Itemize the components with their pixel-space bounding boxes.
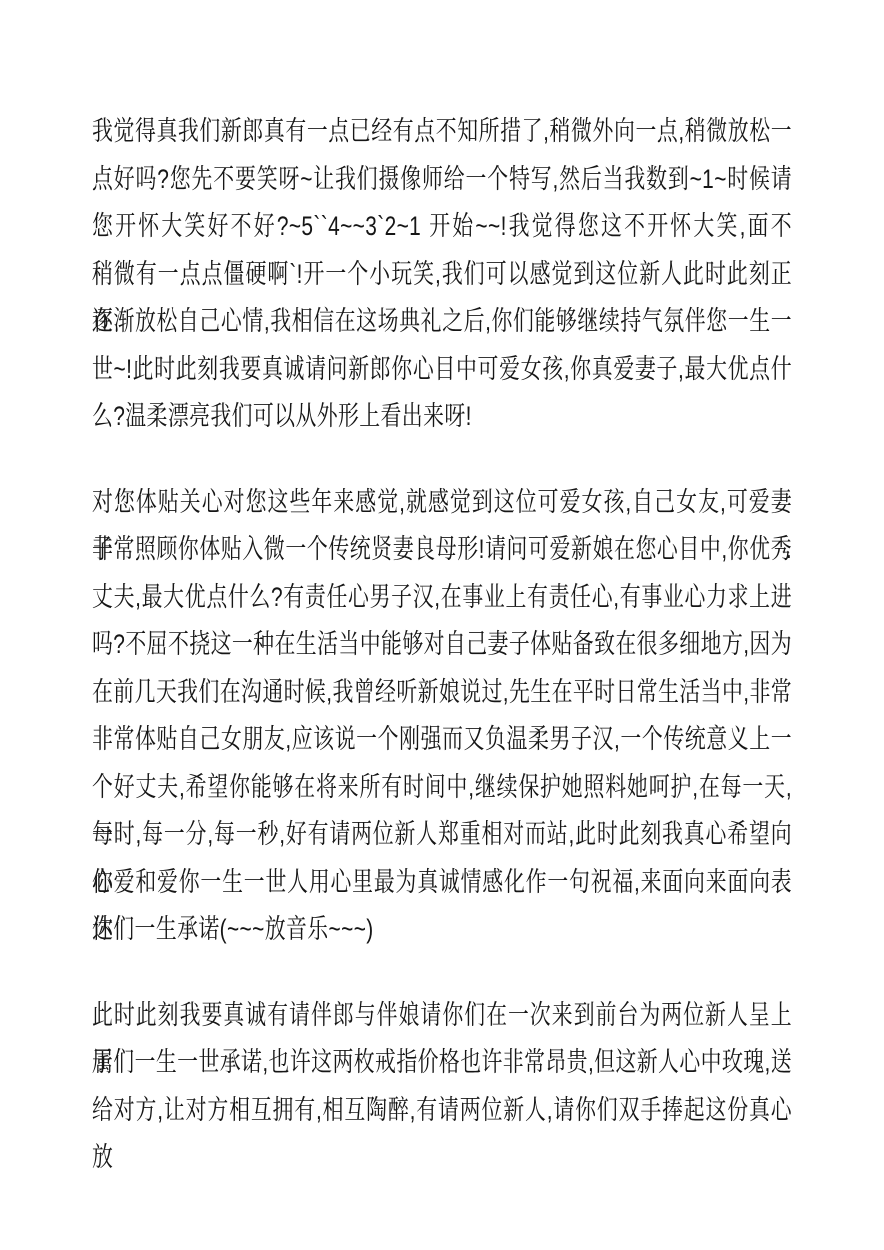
text-line: 给对方,让对方相互拥有,相互陶醉,有请两位新人,请你们双手捧起这份真心放: [92, 1087, 792, 1135]
text-line: 吗?不屈不挠这一种在生活当中能够对自己妻子体贴备致在很多细地方,因为: [92, 621, 792, 669]
text-line: 稍微有一点点僵硬啊`!开一个小玩笑,我们可以感觉到这位新人此时此刻正在: [92, 251, 792, 299]
text-line: 点好吗?您先不要笑呀~让我们摄像师给一个特写,然后当我数到~1~时候请: [92, 156, 792, 204]
text-line: 我觉得真我们新郎真有一点已经有点不知所措了,稍微外向一点,稍微放松一: [92, 108, 792, 156]
document-page: 我觉得真我们新郎真有一点已经有点不知所措了,稍微外向一点,稍微放松一点好吗?您先…: [0, 0, 884, 1250]
text-line: 非常体贴自己女朋友,应该说一个刚强而又负温柔男子汉,一个传统意义上一: [92, 716, 792, 764]
text-line: 你们一生承诺(~~~放音乐~~~): [92, 906, 792, 954]
text-line: 对您体贴关心对您这些年来感觉,就感觉到这位可爱女孩,自己女友,可爱妻子.: [92, 479, 792, 527]
paragraph: 我觉得真我们新郎真有一点已经有点不知所措了,稍微外向一点,稍微放松一点好吗?您先…: [92, 108, 792, 441]
text-line: 心爱和爱你一生一世人用心里最为真诚情感化作一句祝福,来面向来面向表达: [92, 859, 792, 907]
paragraph: 此时此刻我要真诚有请伴郎与伴娘请你们在一次来到前台为两位新人呈上属于们一生一世承…: [92, 992, 792, 1135]
text-line: 您开怀大笑好不好?~5``4~~3`2~1 开始~~!我觉得您这不开怀大笑,面不: [92, 203, 792, 251]
text-line: 此时此刻我要真诚有请伴郎与伴娘请你们在一次来到前台为两位新人呈上属: [92, 992, 792, 1040]
text-line: 逐渐放松自己心情,我相信在这场典礼之后,你们能够继续持气氛伴您一生一: [92, 298, 792, 346]
text-line: 在前几天我们在沟通时候,我曾经听新娘说过,先生在平时日常生活当中,非常: [92, 669, 792, 717]
text-line: 世~!此时此刻我要真诚请问新郎你心目中可爱女孩,你真爱妻子,最大优点什: [92, 346, 792, 394]
text-line: 于们一生一世承诺,也许这两枚戒指价格也许非常昂贵,但这新人心中玫瑰,送: [92, 1039, 792, 1087]
text-line: 非常照顾你体贴入微一个传统贤妻良母形!请问可爱新娘在您心目中,你优秀: [92, 526, 792, 574]
text-line: 个好丈夫,希望你能够在将来所有时间中,继续保护她照料她呵护,在每一天,每: [92, 764, 792, 812]
paragraph: 对您体贴关心对您这些年来感觉,就感觉到这位可爱女孩,自己女友,可爱妻子.非常照顾…: [92, 479, 792, 954]
text-line: 一时,每一分,每一秒,好有请两位新人郑重相对而站,此时此刻我真心希望向你: [92, 811, 792, 859]
text-line: 丈夫,最大优点什么?有责任心男子汉,在事业上有责任心,有事业心力求上进: [92, 574, 792, 622]
text-block: 我觉得真我们新郎真有一点已经有点不知所措了,稍微外向一点,稍微放松一点好吗?您先…: [92, 108, 792, 1172]
text-line: 么?温柔漂亮我们可以从外形上看出来呀!: [92, 393, 792, 441]
